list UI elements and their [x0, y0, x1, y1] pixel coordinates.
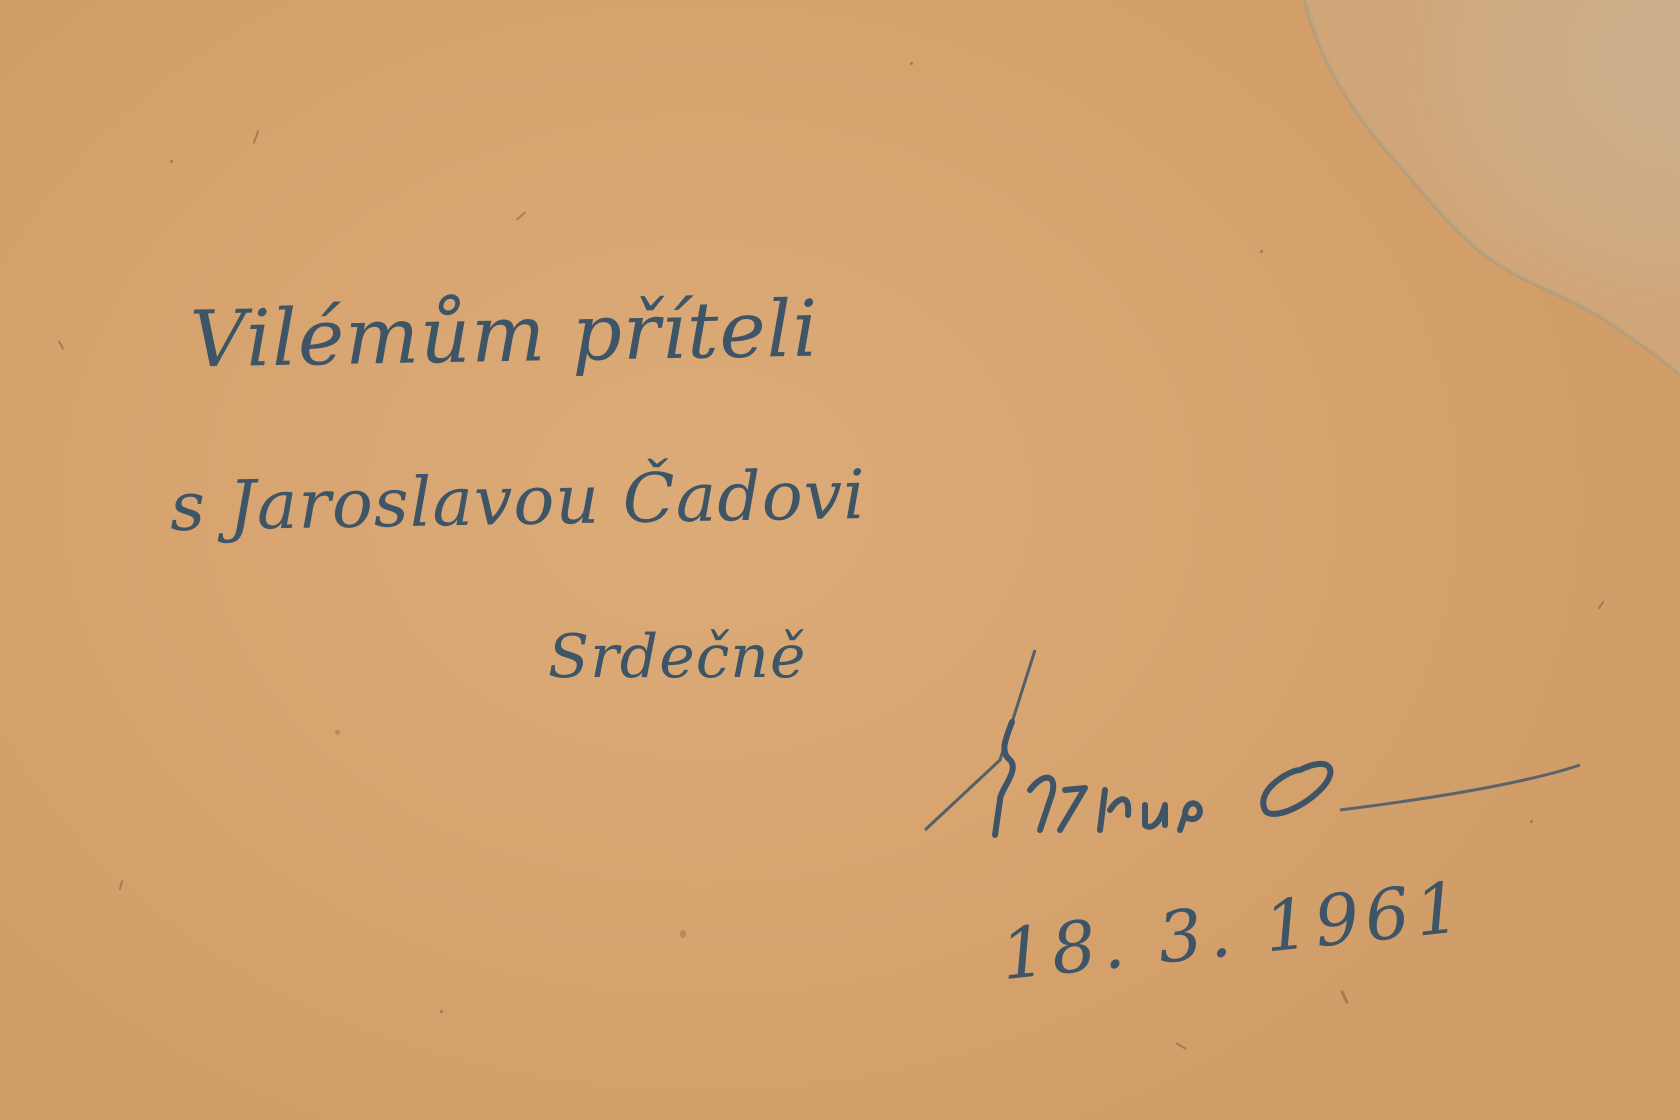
dedication-line-2: s Jaroslavou Čadovi	[169, 456, 866, 547]
aged-paper-background	[0, 0, 1680, 1120]
closing-word: Srdečně	[548, 622, 806, 692]
dedication-line-1: Vilémům příteli	[189, 285, 819, 386]
